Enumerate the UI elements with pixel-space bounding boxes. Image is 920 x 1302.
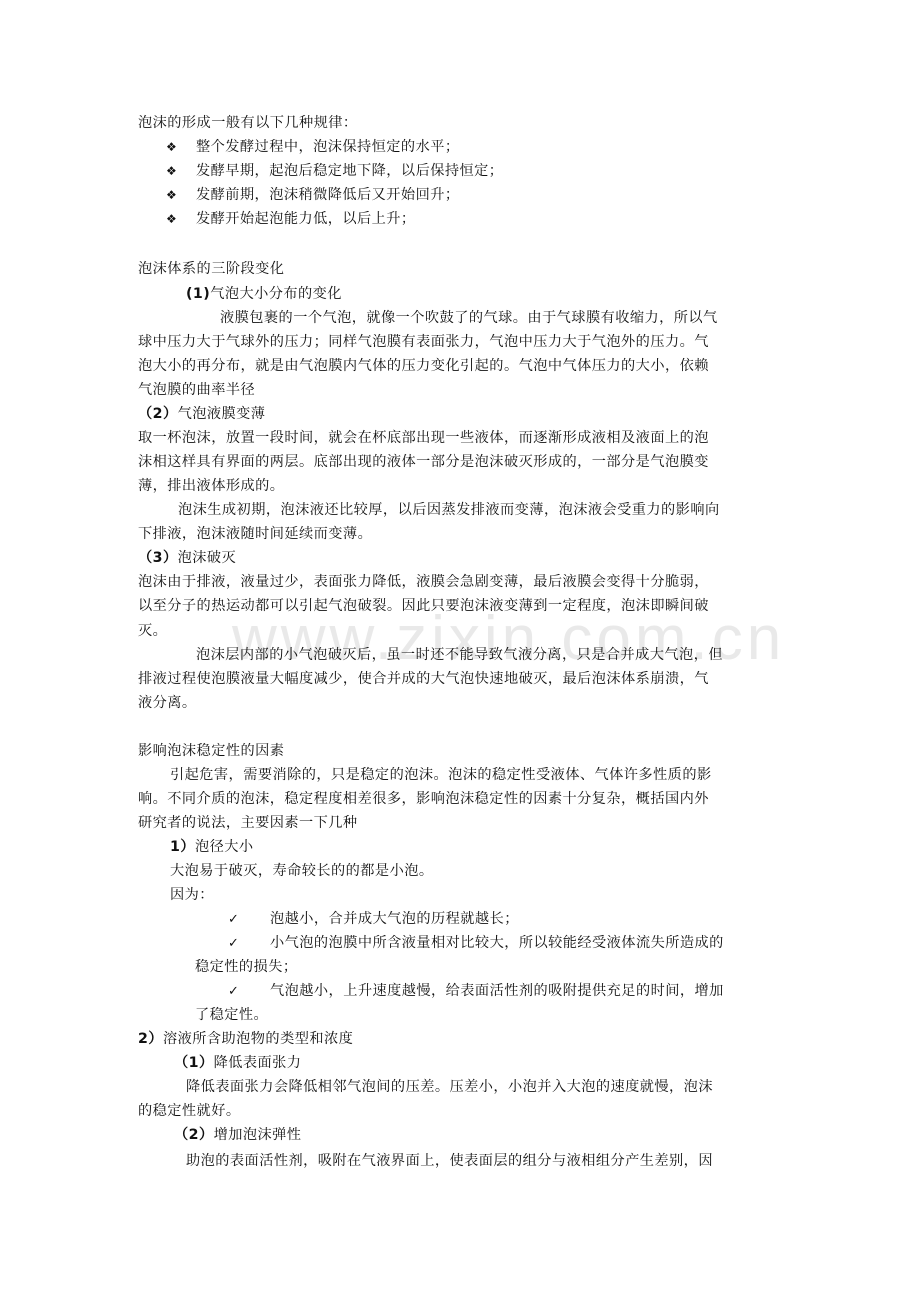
paragraph-line: 灭。 (138, 621, 167, 641)
paragraph-line: 降低表面张力会降低相邻气泡间的压差。压差小，小泡并入大泡的速度就慢，泡沫 (186, 1077, 713, 1097)
paragraph-line: 研究者的说法，主要因素一下几种 (138, 813, 358, 833)
heading-number: (1) (186, 286, 210, 302)
diamond-bullet-icon: ❖ (166, 137, 196, 157)
check-text: 小气泡的泡膜中所含液量相对比较大，所以较能经受液体流失所造成的 (270, 935, 724, 951)
paragraph-line: 助泡的表面活性剂，吸附在气液界面上，使表面层的组分与液相组分产生差别，因 (186, 1151, 713, 1171)
heading-number: （2） (174, 1127, 214, 1143)
check-icon: ✓ (228, 982, 270, 1002)
paragraph-line: 泡沫由于排液，液量过少，表面张力降低，液膜会急剧变薄，最后液膜会变得十分脆弱， (138, 572, 709, 592)
subheading-foaming-agent: 2）溶液所含助泡物的类型和浓度 (138, 1029, 353, 1049)
subheading-foam-elasticity: （2）增加泡沫弹性 (174, 1125, 301, 1145)
bullet-item: ❖发酵前期，泡沫稍微降低后又开始回升； (166, 185, 459, 205)
bullet-item: ❖整个发酵过程中，泡沫保持恒定的水平； (166, 137, 459, 157)
bullet-text: 发酵早期，起泡后稳定地下降，以后保持恒定； (196, 163, 503, 179)
paragraph-line: 以至分子的热运动都可以引起气泡破裂。因此只要泡沫液变薄到一定程度，泡沫即瞬间破 (138, 596, 709, 616)
bullet-text: 发酵开始起泡能力低，以后上升； (196, 211, 416, 227)
check-icon: ✓ (228, 934, 270, 954)
heading-text: 气泡液膜变薄 (178, 406, 266, 422)
subheading-reduce-surface-tension: （1）降低表面张力 (174, 1053, 301, 1073)
heading-text: 泡沫破灭 (178, 550, 237, 566)
check-item-continuation: 稳定性的损失； (195, 957, 297, 977)
paragraph-line: 泡沫层内部的小气泡破灭后，虽一时还不能导致气液分离，只是合并成大气泡，但 (196, 645, 723, 665)
paragraph-line: 下排液，泡沫液随时间延续而变薄。 (138, 524, 372, 544)
subheading-bubble-diameter: 1）泡径大小 (170, 837, 254, 857)
check-item: ✓小气泡的泡膜中所含液量相对比较大，所以较能经受液体流失所造成的 (228, 933, 724, 954)
paragraph-line: 取一杯泡沫，放置一段时间，就会在杯底部出现一些液体，而逐渐形成液相及液面上的泡 (138, 428, 709, 448)
heading-text: 气泡大小分布的变化 (210, 286, 342, 302)
section-title-three-stages: 泡沫体系的三阶段变化 (138, 259, 284, 279)
paragraph-line: 的稳定性就好。 (138, 1101, 240, 1121)
check-item: ✓泡越小，合并成大气泡的历程就越长； (228, 909, 519, 930)
subheading-foam-collapse: （3）泡沫破灭 (138, 548, 236, 568)
check-item-continuation: 了稳定性。 (195, 1005, 268, 1025)
heading-text: 泡径大小 (195, 839, 254, 855)
document-page: www.zixin.com.cn 泡沫的形成一般有以下几种规律： ❖整个发酵过程… (0, 0, 920, 1302)
check-icon: ✓ (228, 910, 270, 930)
check-item: ✓气泡越小，上升速度越慢，给表面活性剂的吸附提供充足的时间，增加 (228, 981, 724, 1002)
heading-number: 2） (138, 1031, 163, 1047)
heading-number: （2） (138, 406, 178, 422)
subheading-film-thinning: （2）气泡液膜变薄 (138, 404, 265, 424)
heading-number: （1） (174, 1055, 214, 1071)
bullet-text: 发酵前期，泡沫稍微降低后又开始回升； (196, 187, 459, 203)
check-text: 气泡越小，上升速度越慢，给表面活性剂的吸附提供充足的时间，增加 (270, 983, 724, 999)
heading-text: 溶液所含助泡物的类型和浓度 (163, 1031, 353, 1047)
paragraph-line: 排液过程使泡膜液量大幅度减少，使合并成的大气泡快速地破灭，最后泡沫体系崩溃，气 (138, 669, 709, 689)
paragraph-line: 泡沫生成初期，泡沫液还比较厚，以后因蒸发排液而变薄，泡沫液会受重力的影响向 (178, 500, 720, 520)
bullet-item: ❖发酵早期，起泡后稳定地下降，以后保持恒定； (166, 161, 503, 181)
paragraph-line: 液膜包裹的一个气泡，就像一个吹鼓了的气球。由于气球膜有收缩力，所以气 (220, 308, 718, 328)
paragraph-line: 响。不同介质的泡沫，稳定程度相差很多，影响泡沫稳定性的因素十分复杂，概括国内外 (138, 789, 709, 809)
heading-number: 1） (170, 839, 195, 855)
diamond-bullet-icon: ❖ (166, 185, 196, 205)
bullet-text: 整个发酵过程中，泡沫保持恒定的水平； (196, 139, 459, 155)
paragraph-line: 薄，排出液体形成的。 (138, 476, 284, 496)
paragraph-line: 气泡膜的曲率半径 (138, 380, 255, 400)
section-title-stability-factors: 影响泡沫稳定性的因素 (138, 741, 284, 761)
paragraph-line: 球中压力大于气球外的压力；同样气泡膜有表面张力，气泡中压力大于气泡外的压力。气 (138, 332, 709, 352)
heading-text: 增加泡沫弹性 (214, 1127, 302, 1143)
paragraph-line: 泡大小的再分布，就是由气泡膜内气体的压力变化引起的。气泡中气体压力的大小，依赖 (138, 356, 709, 376)
heading-text: 降低表面张力 (214, 1055, 302, 1071)
paragraph-line: 液分离。 (138, 693, 197, 713)
paragraph-line: 因为： (170, 885, 214, 905)
check-text: 泡越小，合并成大气泡的历程就越长； (270, 911, 519, 927)
paragraph-line: 沫相这样具有界面的两层。底部出现的液体一部分是泡沫破灭形成的，一部分是气泡膜变 (138, 452, 709, 472)
section-title-foam-formation: 泡沫的形成一般有以下几种规律： (138, 113, 358, 133)
heading-number: （3） (138, 550, 178, 566)
bullet-item: ❖发酵开始起泡能力低，以后上升； (166, 209, 416, 229)
subheading-bubble-size: (1)气泡大小分布的变化 (186, 284, 342, 304)
paragraph-line: 引起危害，需要消除的，只是稳定的泡沫。泡沫的稳定性受液体、气体许多性质的影 (170, 765, 712, 785)
diamond-bullet-icon: ❖ (166, 161, 196, 181)
diamond-bullet-icon: ❖ (166, 209, 196, 229)
paragraph-line: 大泡易于破灭，寿命较长的的都是小泡。 (170, 861, 433, 881)
